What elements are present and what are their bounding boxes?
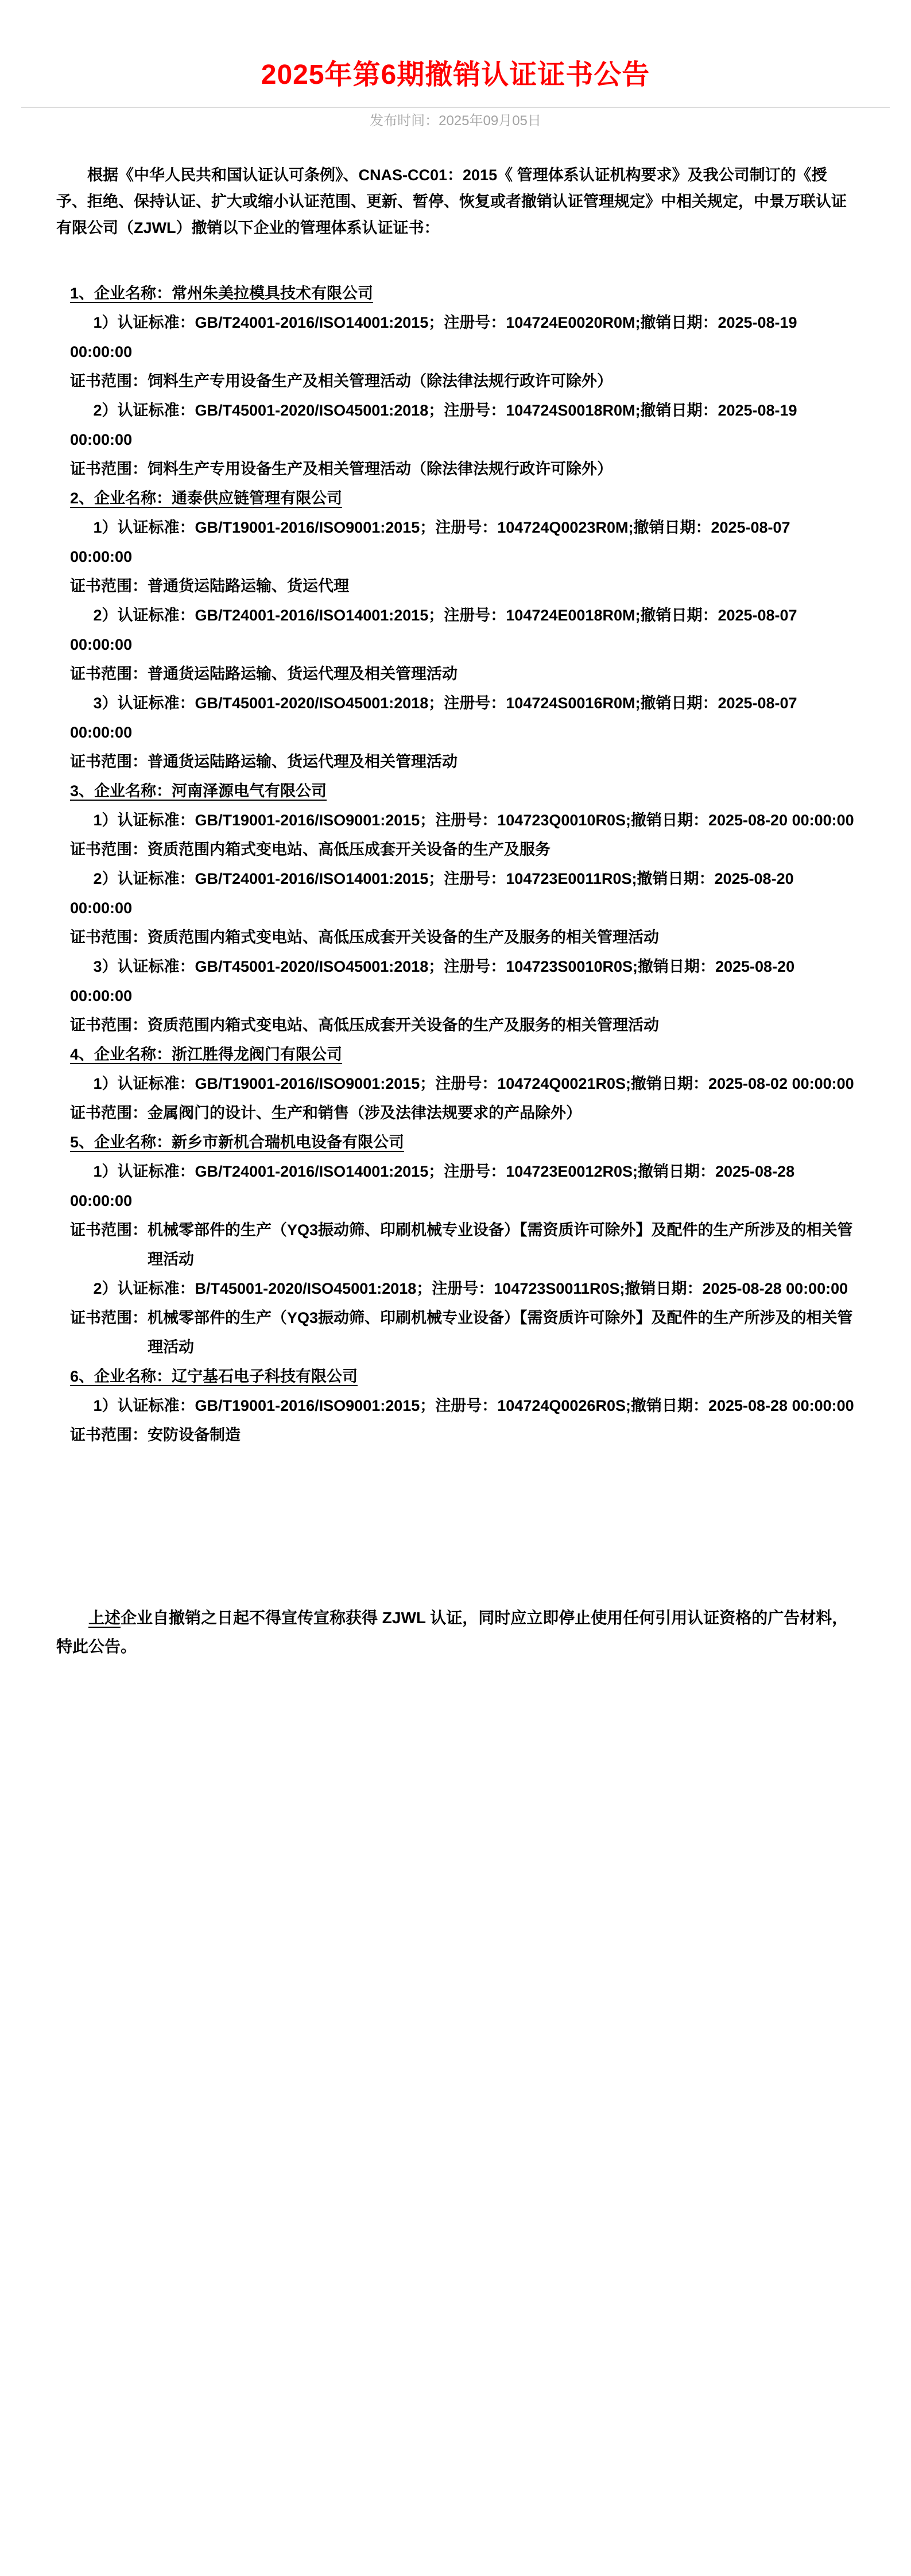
cert-scope-line: 证书范围：普通货运陆路运输、货运代理及相关管理活动 bbox=[70, 747, 855, 777]
cert-standard-line: 3）认证标准：GB/T45001-2020/ISO45001:2018；注册号：… bbox=[70, 952, 855, 1011]
cert-scope-line: 证书范围：普通货运陆路运输、货运代理及相关管理活动 bbox=[70, 659, 855, 689]
cert-standard-line: 1）认证标准：GB/T24001-2016/ISO14001:2015；注册号：… bbox=[70, 1157, 855, 1216]
cert-scope-line: 证书范围：安防设备制造 bbox=[70, 1421, 855, 1450]
closing-underlined-lead: 上述 bbox=[88, 1609, 121, 1627]
cert-standard-line: 1）认证标准：GB/T19001-2016/ISO9001:2015；注册号：1… bbox=[70, 806, 855, 835]
cert-standard-line: 3）认证标准：GB/T45001-2020/ISO45001:2018；注册号：… bbox=[70, 689, 855, 747]
cert-scope-line: 证书范围：资质范围内箱式变电站、高低压成套开关设备的生产及服务 bbox=[70, 835, 855, 864]
company-heading: 3、企业名称：河南泽源电气有限公司 bbox=[70, 777, 855, 806]
cert-standard-line: 1）认证标准：GB/T19001-2016/ISO9001:2015；注册号：1… bbox=[70, 513, 855, 572]
cert-scope-line: 证书范围：饲料生产专用设备生产及相关管理活动（除法律法规行政许可除外） bbox=[70, 455, 855, 484]
cert-scope-line: 证书范围：饲料生产专用设备生产及相关管理活动（除法律法规行政许可除外） bbox=[70, 367, 855, 396]
cert-standard-line: 1）认证标准：GB/T24001-2016/ISO14001:2015；注册号：… bbox=[70, 308, 855, 367]
page-title: 2025年第6期撤销认证证书公告 bbox=[56, 59, 855, 92]
company-heading: 6、企业名称：辽宁基石电子科技有限公司 bbox=[70, 1362, 855, 1391]
company-heading: 2、企业名称：通泰供应链管理有限公司 bbox=[70, 484, 855, 513]
title-divider bbox=[21, 107, 890, 108]
cert-scope-line: 证书范围：普通货运陆路运输、货运代理 bbox=[70, 572, 855, 601]
closing-line2: 特此公告。 bbox=[56, 1632, 855, 1661]
closing-paragraph: 上述企业自撤销之日起不得宣传宣称获得 ZJWL 认证，同时应立即停止使用任何引用… bbox=[56, 1604, 855, 1632]
cert-standard-line: 2）认证标准：GB/T24001-2016/ISO14001:2015；注册号：… bbox=[70, 864, 855, 923]
page-root: { "page": { "title": "2025年第6期撤销认证证书公告",… bbox=[0, 0, 911, 2576]
company-heading: 1、企业名称：常州朱美拉模具技术有限公司 bbox=[70, 279, 855, 308]
cert-scope-line: 证书范围：金属阀门的设计、生产和销售（涉及法律法规要求的产品除外） bbox=[70, 1099, 855, 1128]
cert-scope-line: 证书范围：机械零部件的生产（YQ3振动筛、印刷机械专业设备）【需资质许可除外】及… bbox=[70, 1216, 855, 1274]
cert-scope-line: 证书范围：资质范围内箱式变电站、高低压成套开关设备的生产及服务的相关管理活动 bbox=[70, 1011, 855, 1040]
announcement-article: 2025年第6期撤销认证证书公告 发布时间：2025年09月05日 根据《中华人… bbox=[0, 59, 911, 1661]
intro-paragraph: 根据《中华人民共和国认证认可条例》、CNAS-CC01：2015《 管理体系认证… bbox=[56, 162, 855, 241]
company-heading: 4、企业名称：浙江胜得龙阀门有限公司 bbox=[70, 1040, 855, 1069]
cert-standard-line: 2）认证标准：B/T45001-2020/ISO45001:2018；注册号：1… bbox=[70, 1274, 855, 1303]
company-list: 1、企业名称：常州朱美拉模具技术有限公司1）认证标准：GB/T24001-201… bbox=[70, 279, 855, 1450]
cert-scope-line: 证书范围：资质范围内箱式变电站、高低压成套开关设备的生产及服务的相关管理活动 bbox=[70, 923, 855, 952]
cert-standard-line: 2）认证标准：GB/T45001-2020/ISO45001:2018；注册号：… bbox=[70, 396, 855, 455]
cert-standard-line: 1）认证标准：GB/T19001-2016/ISO9001:2015；注册号：1… bbox=[70, 1391, 855, 1421]
publish-time: 发布时间：2025年09月05日 bbox=[56, 112, 855, 130]
cert-standard-line: 1）认证标准：GB/T19001-2016/ISO9001:2015；注册号：1… bbox=[70, 1069, 855, 1099]
closing-line1-text: 企业自撤销之日起不得宣传宣称获得 ZJWL 认证，同时应立即停止使用任何引用认证… bbox=[121, 1609, 848, 1627]
company-heading: 5、企业名称：新乡市新机合瑞机电设备有限公司 bbox=[70, 1128, 855, 1157]
cert-standard-line: 2）认证标准：GB/T24001-2016/ISO14001:2015；注册号：… bbox=[70, 601, 855, 659]
cert-scope-line: 证书范围：机械零部件的生产（YQ3振动筛、印刷机械专业设备）【需资质许可除外】及… bbox=[70, 1303, 855, 1362]
